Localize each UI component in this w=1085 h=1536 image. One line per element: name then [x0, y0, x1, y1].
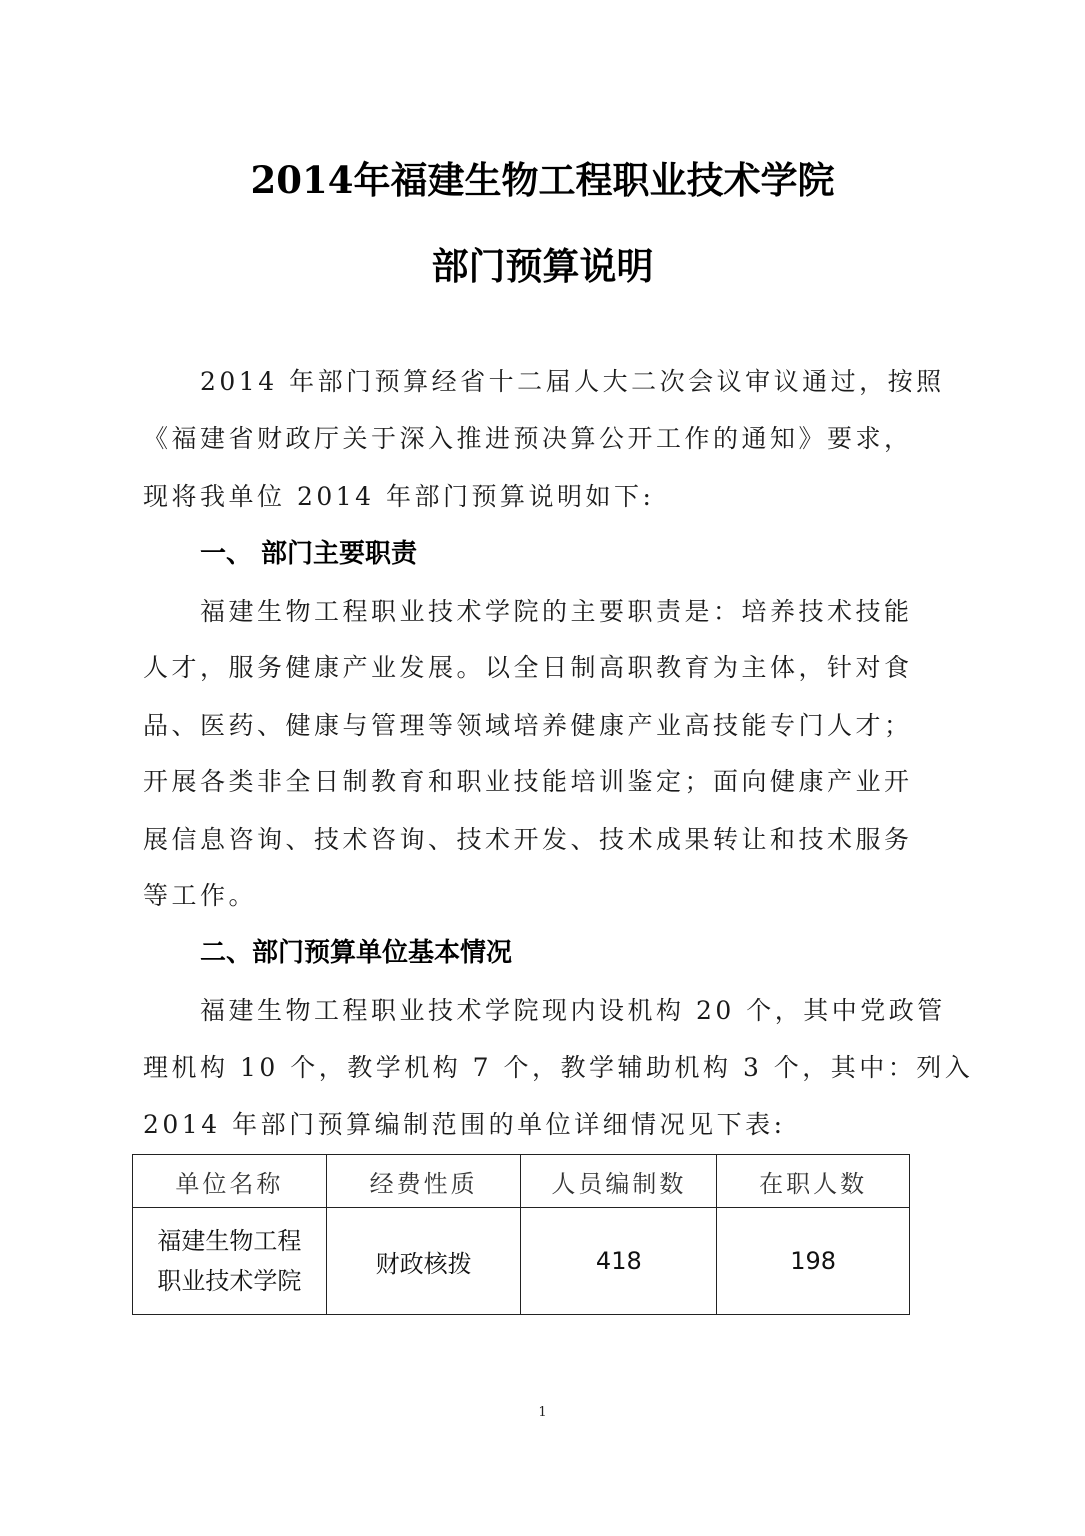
- table-header-row: 单位名称 经费性质 人员编制数 在职人数: [133, 1155, 910, 1208]
- budget-units-table: 单位名称 经费性质 人员编制数 在职人数 福建生物工程 职业技术学院 财政核拨 …: [132, 1154, 910, 1315]
- section1-line-6: 等工作。: [143, 876, 943, 912]
- table-row: 福建生物工程 职业技术学院 财政核拨 418 198: [133, 1208, 910, 1315]
- unit-name-line1: 福建生物工程: [133, 1221, 326, 1261]
- section1-line-3: 品、医药、健康与管理等领域培养健康产业高技能专门人才；: [143, 706, 943, 742]
- section1-line-4: 开展各类非全日制教育和职业技能培训鉴定；面向健康产业开: [143, 762, 943, 798]
- intro-line-3: 现将我单位 2014 年部门预算说明如下:: [143, 477, 943, 513]
- intro-line-2: 《福建省财政厅关于深入推进预决算公开工作的通知》要求，: [143, 419, 943, 455]
- header-authorized-staff: 人员编制数: [521, 1155, 717, 1208]
- section1-heading: 一、 部门主要职责: [200, 533, 417, 570]
- header-funding-type: 经费性质: [326, 1155, 521, 1208]
- intro-line-1: 2014 年部门预算经省十二届人大二次会议审议通过，按照: [200, 362, 1000, 398]
- page-number: 1: [0, 1405, 1085, 1420]
- section2-line-2: 理机构 10 个，教学机构 7 个，教学辅助机构 3 个，其中：列入: [143, 1048, 943, 1084]
- section1-line-2: 人才，服务健康产业发展。以全日制高职教育为主体，针对食: [143, 648, 943, 684]
- section2-heading: 二、部门预算单位基本情况: [200, 932, 512, 969]
- header-employed-staff: 在职人数: [717, 1155, 910, 1208]
- unit-name-line2: 职业技术学院: [133, 1261, 326, 1301]
- section2-line-1: 福建生物工程职业技术学院现内设机构 20 个，其中党政管: [200, 991, 1000, 1027]
- cell-unit-name: 福建生物工程 职业技术学院: [133, 1208, 327, 1315]
- cell-employed-staff: 198: [717, 1208, 910, 1315]
- cell-funding-type: 财政核拨: [326, 1208, 521, 1315]
- document-title-line1: 2014年福建生物工程职业技术学院: [0, 150, 1085, 204]
- section2-line-3: 2014 年部门预算编制范围的单位详细情况见下表:: [143, 1105, 943, 1141]
- section1-line-5: 展信息咨询、技术咨询、技术开发、技术成果转让和技术服务: [143, 820, 943, 856]
- cell-authorized-staff: 418: [521, 1208, 717, 1315]
- document-title-line2: 部门预算说明: [0, 236, 1085, 290]
- header-unit-name: 单位名称: [133, 1155, 327, 1208]
- section1-line-1: 福建生物工程职业技术学院的主要职责是：培养技术技能: [200, 592, 1000, 628]
